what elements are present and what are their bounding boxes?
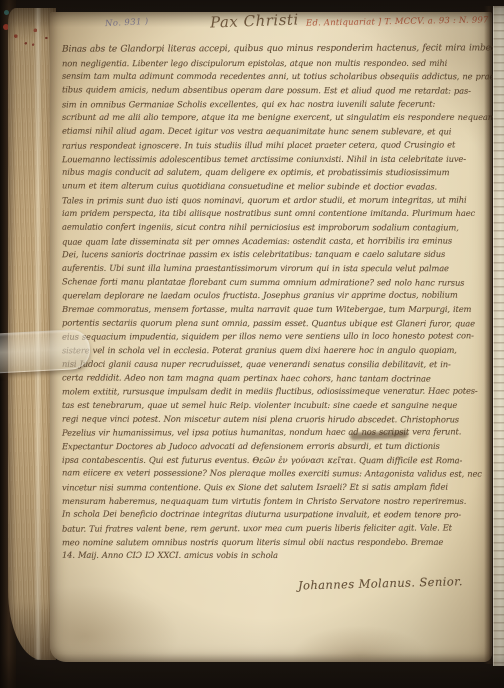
manuscript-line: Binas abs te Glandorpi literas accepi, q…: [62, 42, 478, 57]
photo-frame: No. 931 ) Pax Christi Ed. Antiquariat ] …: [0, 0, 504, 688]
manuscript-line: regi neque vinci potest. Non miscetur au…: [62, 412, 478, 427]
manuscript-line: ipsa contabescentis. Qui est futurus eve…: [62, 453, 478, 467]
catalog-note: Ed. Antiquariat ] T. MCCV. a. 93 : N. 99…: [306, 15, 489, 28]
manuscript-line: etiamsi nihil aliud agam. Decet igitur v…: [62, 125, 478, 140]
manuscript-line: nibus magis conducit ad salutem, quam de…: [62, 166, 478, 180]
salutation-pax-christi: Pax Christi: [210, 10, 299, 31]
manuscript-line: nam eiicere ex veteri possessione? Nos p…: [62, 467, 478, 482]
manuscript-line: scribunt ad me alii alio tempore, atque …: [62, 111, 478, 125]
manuscript-line: Expectantur Doctores ab Judoco advocati …: [62, 440, 478, 454]
manuscript-line: rarius respondeat ignoscere. In tuis stu…: [62, 138, 478, 153]
manuscript-line: Louemanno lectissimis adolescentibus tem…: [62, 152, 478, 166]
book-photo: { "annotations": { "number_note": "No. 9…: [0, 0, 504, 688]
manuscript-line: nisi Judoci glanii causa nuper recruduis…: [62, 358, 478, 372]
manuscript-line: non negligentia. Libenter lego discipulo…: [62, 56, 478, 70]
manuscript-page: No. 931 ) Pax Christi Ed. Antiquariat ] …: [50, 12, 492, 662]
manuscript-line: sistere vel in schola vel in ecclesia. P…: [62, 344, 478, 358]
manuscript-line: certa reddidit. Adeo non tam magna quam …: [62, 371, 478, 386]
signature: Johannes Molanus. Senior.: [298, 574, 488, 593]
bookmark-tab: [0, 329, 91, 374]
manuscript-line: 14. Maij. Anno CIƆ IƆ XXCI. amicus vobis…: [62, 549, 478, 563]
manuscript-line: eius sequacium impudentia, siquidem per …: [62, 330, 478, 345]
manuscript-line: unum et item alterum cuius quotidiana co…: [62, 179, 478, 194]
manuscript-line: vincetur nisi summa contentione. Quis ex…: [62, 481, 478, 496]
manuscript-line: querelam deplorare ne laedam oculos fruc…: [62, 289, 478, 304]
facing-page-edge: [493, 6, 504, 666]
manuscript-line: Bremae commoratus, mensem fortasse, mult…: [62, 303, 478, 317]
manuscript-line: Tales in primis sunt duo isti quos nomin…: [62, 193, 478, 208]
manuscript-line: Pezelius vir humanissimus, vel ipsa poti…: [62, 426, 478, 441]
manuscript-line: sim in omnibus Germaniae Scholis excelle…: [62, 97, 478, 112]
manuscript-line: sensim tam multa adimunt commoda receden…: [62, 70, 478, 84]
header-number-note: No. 931 ): [105, 17, 149, 29]
manuscript-line: quae quam late disseminata sit per omnes…: [62, 234, 478, 249]
manuscript-line: auferentis. Ubi sunt illa lumina praesta…: [62, 262, 478, 276]
manuscript-line: iam pridem perspecta, ita tibi aliisque …: [62, 207, 478, 221]
manuscript-line: In schola Dei beneficio doctrinae integr…: [62, 508, 478, 523]
manuscript-line: molem extitit, rursusque impulsam dedit …: [62, 385, 478, 400]
manuscript-line: tibus quidem amicis, nedum absentibus op…: [62, 83, 478, 98]
manuscript-line: tas est tenebrarum, quae ut semel huic R…: [62, 399, 478, 413]
manuscript-line: Dei, lucens sanioris doctrinae passim ex…: [62, 248, 478, 262]
letter-body: Binas abs te Glandorpi literas accepi, q…: [62, 43, 478, 563]
manuscript-line: batur. Tui fratres valent bene, rem geru…: [62, 521, 478, 536]
manuscript-line: mensuram haberemus, nequaquam tum virtut…: [62, 495, 478, 509]
manuscript-line: meo nomine salutem omnibus nostris quoru…: [62, 536, 478, 550]
manuscript-line: aemulatio confert ingeniis, sicut contra…: [62, 221, 478, 236]
